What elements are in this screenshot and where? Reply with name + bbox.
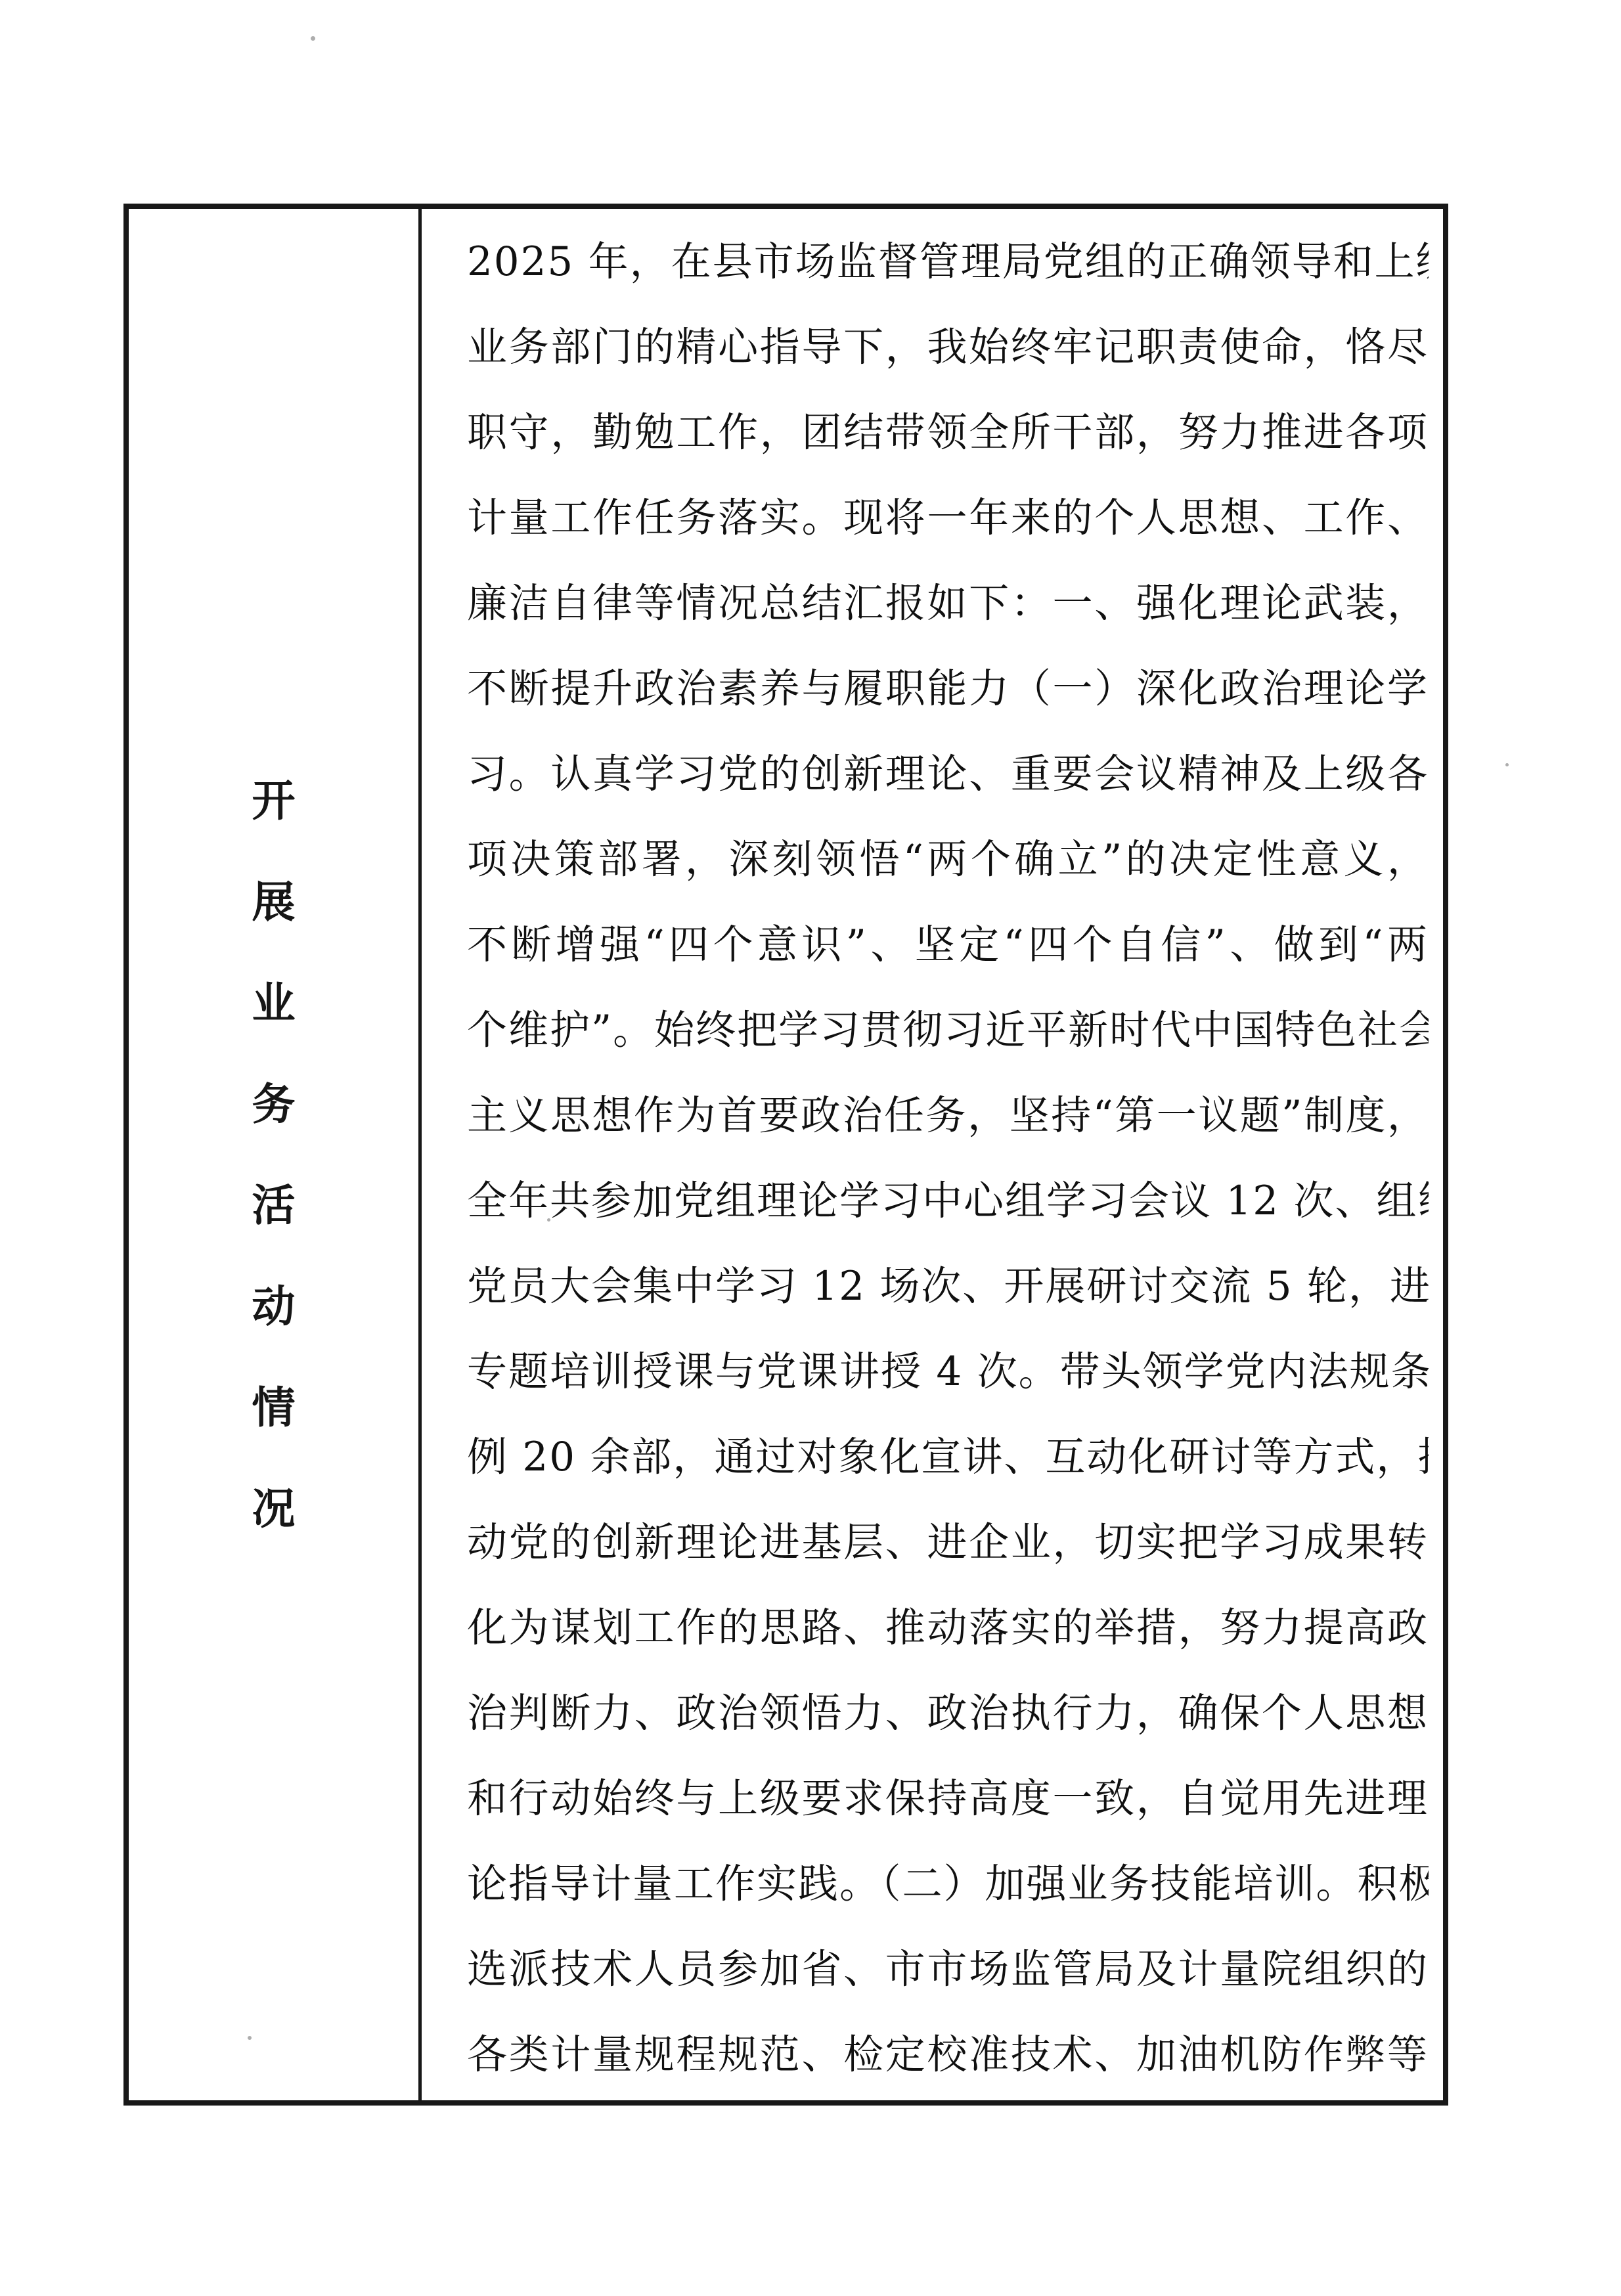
scan-speck xyxy=(248,2036,252,2040)
report-text-line: 治判断力、政治领悟力、政治执行力，确保个人思想 xyxy=(467,1671,1429,1756)
report-text-line: 业务部门的精心指导下，我始终牢记职责使命，恪尽 xyxy=(467,305,1429,390)
report-text-line: 各类计量规程规范、检定校准技术、加油机防作弊等 xyxy=(467,2012,1429,2098)
report-text-line: 动党的创新理论进基层、进企业，切实把学习成果转 xyxy=(467,1500,1429,1585)
scan-speck xyxy=(1505,763,1509,766)
report-text-line: 党员大会集中学习 12 场次、开展研讨交流 5 轮，进行 xyxy=(467,1244,1429,1329)
row-content-cell: 2025 年，在县市场监督管理局党组的正确领导和上级 业务部门的精心指导下，我始… xyxy=(425,209,1443,2100)
report-text-line: 选派技术人员参加省、市市场监管局及计量院组织的 xyxy=(467,1927,1429,2012)
header-char: 务 xyxy=(252,1082,296,1126)
header-char: 动 xyxy=(252,1285,296,1328)
report-text-line: 习。认真学习党的创新理论、重要会议精神及上级各 xyxy=(467,732,1429,817)
scan-speck xyxy=(311,36,315,41)
report-table: 开 展 业 务 活 动 情 况 2025 年，在县市场监督管理局党组的正确领导和… xyxy=(123,204,1448,2106)
report-text-line: 职守，勤勉工作，团结带领全所干部，努力推进各项 xyxy=(467,390,1429,475)
header-char: 开 xyxy=(252,779,296,822)
report-text-line: 主义思想作为首要政治任务，坚持“第一议题”制度， xyxy=(467,1073,1429,1159)
header-char: 情 xyxy=(252,1386,296,1429)
report-text-line: 全年共参加党组理论学习中心组学习会议 12 次、组织 xyxy=(467,1159,1429,1244)
report-text-line: 不断提升政治素养与履职能力（一）深化政治理论学 xyxy=(467,646,1429,732)
report-text-line: 项决策部署，深刻领悟“两个确立”的决定性意义， xyxy=(467,817,1429,902)
report-text-line: 例 20 余部，通过对象化宣讲、互动化研讨等方式，推 xyxy=(467,1415,1429,1500)
header-char: 活 xyxy=(252,1183,296,1227)
report-text-line: 个维护”。始终把学习贯彻习近平新时代中国特色社会 xyxy=(467,988,1429,1073)
report-text-line: 廉洁自律等情况总结汇报如下：一、强化理论武装， xyxy=(467,561,1429,646)
report-text-line: 不断增强“四个意识”、坚定“四个自信”、做到“两 xyxy=(467,902,1429,988)
report-text-line: 专题培训授课与党课讲授 4 次。带头领学党内法规条 xyxy=(467,1329,1429,1415)
header-char: 业 xyxy=(252,981,296,1025)
scan-speck xyxy=(547,1218,550,1222)
report-text-line: 计量工作任务落实。现将一年来的个人思想、工作、 xyxy=(467,475,1429,561)
report-text-line: 论指导计量工作实践。（二）加强业务技能培训。积极 xyxy=(467,1842,1429,1927)
row-header-cell: 开 展 业 务 活 动 情 况 xyxy=(129,209,422,2100)
header-char: 展 xyxy=(252,880,296,923)
report-text-line: 2025 年，在县市场监督管理局党组的正确领导和上级 xyxy=(467,219,1429,305)
scanned-document-page: 开 展 业 务 活 动 情 况 2025 年，在县市场监督管理局党组的正确领导和… xyxy=(0,0,1621,2296)
report-text-line: 化为谋划工作的思路、推动落实的举措，努力提高政 xyxy=(467,1585,1429,1671)
header-char: 况 xyxy=(252,1487,296,1530)
report-text-line: 和行动始终与上级要求保持高度一致，自觉用先进理 xyxy=(467,1756,1429,1842)
